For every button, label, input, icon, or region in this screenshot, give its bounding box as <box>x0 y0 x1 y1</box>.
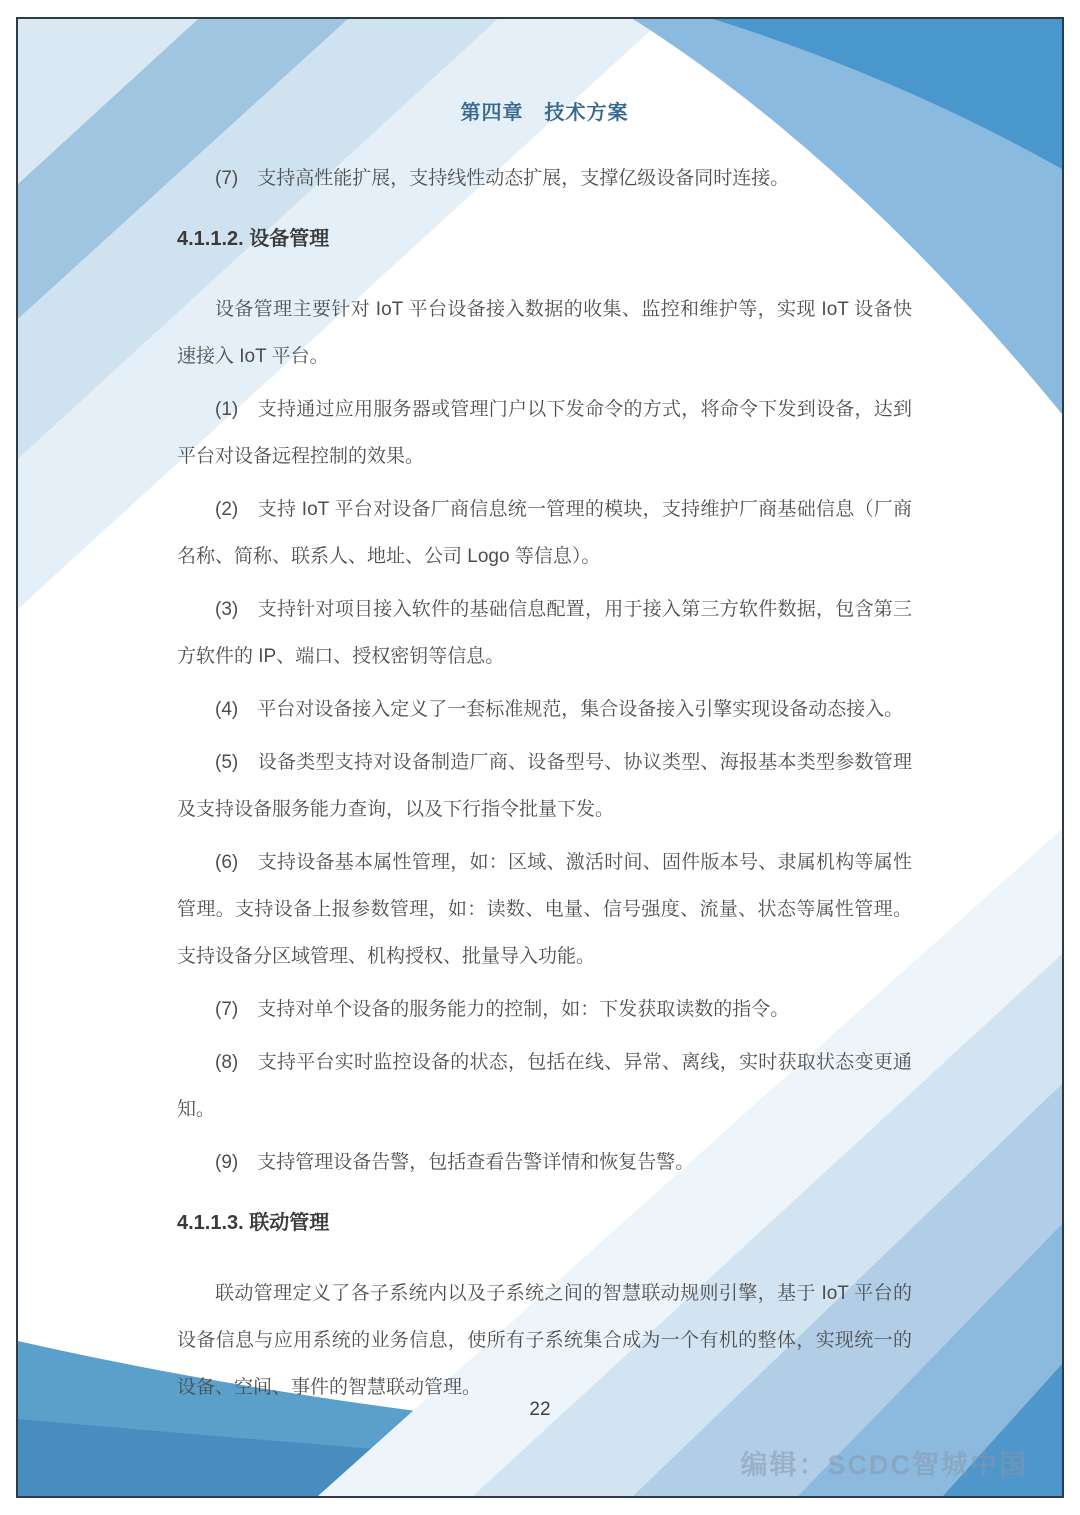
list-item: (2) 支持 IoT 平台对设备厂商信息统一管理的模块，支持维护厂商基础信息（厂… <box>177 486 912 580</box>
list-item: (5) 设备类型支持对设备制造厂商、设备型号、协议类型、海报基本类型参数管理及支… <box>177 739 912 833</box>
document-page: 第四章 技术方案 (7) 支持高性能扩展，支持线性动态扩展，支撑亿级设备同时连接… <box>16 17 1064 1498</box>
list-item: (4) 平台对设备接入定义了一套标准规范，集合设备接入引擎实现设备动态接入。 <box>177 686 912 733</box>
section-heading-device-management: 4.1.1.2. 设备管理 <box>177 224 912 254</box>
watermark: 编辑：SCDC智城中国 <box>740 1443 1028 1482</box>
chapter-header: 第四章 技术方案 <box>177 19 912 127</box>
list-item: (1) 支持通过应用服务器或管理门户以下发命令的方式，将命令下发到设备，达到平台… <box>177 386 912 480</box>
list-item: (3) 支持针对项目接入软件的基础信息配置，用于接入第三方软件数据，包含第三方软… <box>177 586 912 680</box>
list-item: (8) 支持平台实时监控设备的状态，包括在线、异常、离线，实时获取状态变更通知。 <box>177 1039 912 1133</box>
document-body: 第四章 技术方案 (7) 支持高性能扩展，支持线性动态扩展，支撑亿级设备同时连接… <box>18 19 1062 1411</box>
section-heading-linkage-management: 4.1.1.3. 联动管理 <box>177 1208 912 1238</box>
list-item: (6) 支持设备基本属性管理，如：区域、激活时间、固件版本号、隶属机构等属性管理… <box>177 839 912 980</box>
list-item: (7) 支持对单个设备的服务能力的控制，如：下发获取读数的指令。 <box>177 986 912 1033</box>
section-intro: 联动管理定义了各子系统内以及子系统之间的智慧联动规则引擎，基于 IoT 平台的设… <box>177 1270 912 1411</box>
section-intro: 设备管理主要针对 IoT 平台设备接入数据的收集、监控和维护等，实现 IoT 设… <box>177 286 912 380</box>
list-item: (7) 支持高性能扩展，支持线性动态扩展，支撑亿级设备同时连接。 <box>177 155 912 202</box>
page-number: 22 <box>529 1399 550 1421</box>
list-item: (9) 支持管理设备告警，包括查看告警详情和恢复告警。 <box>177 1139 912 1186</box>
